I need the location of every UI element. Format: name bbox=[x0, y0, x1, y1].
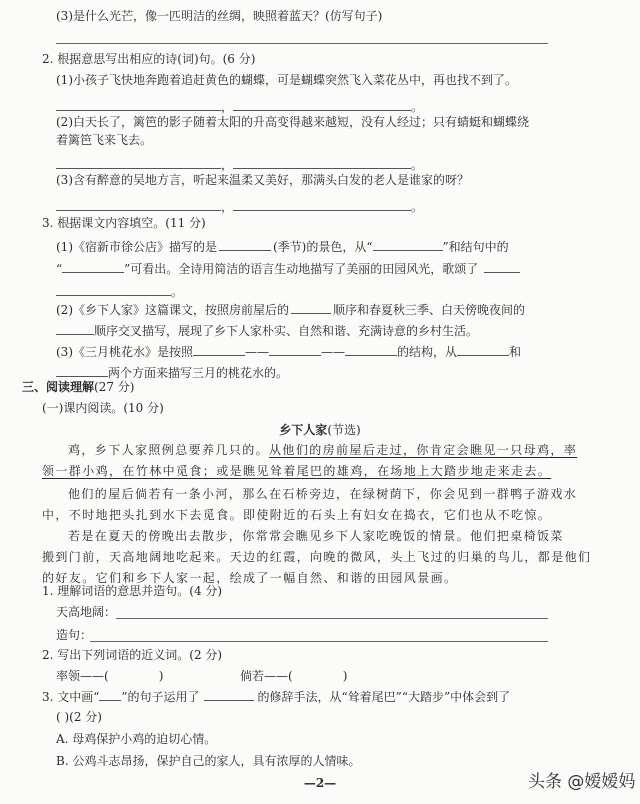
question-3-title: 3. 根据课文内容填空。(11 分) bbox=[42, 215, 206, 231]
blank[interactable] bbox=[56, 198, 221, 211]
sentence-label: 造句： bbox=[56, 627, 92, 643]
passage-para-1-line1: 鸡，乡下人家照例总要养几只的。从他们的房前屋后走过，你肯定会瞧见一只母鸡，率 bbox=[68, 442, 577, 458]
blank-quote[interactable] bbox=[373, 238, 443, 251]
underlined-sentence: 从他们的房前屋后走过，你肯定会瞧见一只母鸡，率 bbox=[269, 443, 577, 457]
question-3-2-line1: (2)《乡下人家》这篇课文，按照房前屋后的顺序和春夏秋三季、白天傍晚夜间的 bbox=[56, 301, 525, 318]
blank-order-2[interactable] bbox=[56, 322, 94, 335]
answer-2-1[interactable]: ，。 bbox=[56, 98, 423, 115]
reading-q2-title: 2. 写出下列词语的近义词。(2 分) bbox=[42, 647, 222, 663]
reading-q1-title: 1. 理解词语的意思并造句。(4 分) bbox=[42, 583, 222, 599]
blank[interactable] bbox=[233, 98, 411, 111]
question-3-1-line2: “”可看出。全诗用简洁的语言生动地描写了美丽的田园风光，歌颂了 bbox=[56, 260, 520, 277]
blank[interactable] bbox=[233, 198, 411, 211]
option-a[interactable]: A. 母鸡保护小鸡的迫切心情。 bbox=[56, 731, 216, 747]
blank[interactable] bbox=[233, 156, 411, 169]
blank[interactable] bbox=[56, 98, 221, 111]
blank-season[interactable] bbox=[219, 238, 271, 251]
answer-2-3[interactable]: ，。 bbox=[56, 198, 423, 215]
blank-quote-2[interactable] bbox=[62, 260, 124, 273]
synonym-2[interactable]: 倘若——() bbox=[240, 668, 347, 684]
passage-para-2-line2: 中，不时地把头扎到水下去觅食。即使附近的石头上有妇女在捣衣，它们也从不吃惊。 bbox=[42, 507, 551, 523]
blank-structure-1[interactable] bbox=[193, 343, 245, 356]
question-2-2-line1: (2)白天长了，篱笆的影子随着太阳的升高变得越来越短，没有人经过；只有蜻蜓和蝴蝶… bbox=[56, 114, 529, 130]
reading-q3-choice-paren[interactable]: ( )(2 分) bbox=[56, 709, 102, 725]
passage-title: 乡下人家(节选) bbox=[0, 422, 640, 438]
answer-line-1-3[interactable] bbox=[56, 43, 548, 44]
question-2-3-text: (3)含有醉意的吴地方言，听起来温柔又美好，那满头白发的老人是谁家的呀？ bbox=[56, 172, 469, 188]
watermark: 头条 @嫒嫒妈 bbox=[528, 771, 635, 793]
term-meaning-line[interactable] bbox=[116, 618, 548, 619]
blank[interactable] bbox=[56, 156, 221, 169]
blank-aspect-2[interactable] bbox=[56, 364, 108, 377]
reading-q3-line1: 3. 文中画“”的句子运用了的修辞手法，从“耸着尾巴”“大踏步”中体会到了 bbox=[42, 688, 510, 705]
term-label: 天高地阔： bbox=[56, 604, 116, 620]
blank-structure-2[interactable] bbox=[269, 343, 321, 356]
question-1-3-text: (3)是什么光芒，像一匹明洁的丝绸，映照着蓝天？(仿写句子) bbox=[56, 8, 382, 24]
question-2-1-text: (1)小孩子飞快地奔跑着追赶黄色的蝴蝶，可是蝴蝶突然飞入菜花丛中，再也找不到了。 bbox=[56, 72, 517, 88]
question-3-2-line2: 顺序交叉描写，展现了乡下人家朴实、自然和谐、充满诗意的乡村生活。 bbox=[56, 322, 478, 339]
answer-2-2[interactable]: ，。 bbox=[56, 156, 423, 173]
question-2-title: 2. 根据意思写出相应的诗(词)句。(6 分) bbox=[42, 51, 255, 67]
blank-mark[interactable] bbox=[99, 688, 121, 701]
blank-structure-3[interactable] bbox=[345, 343, 397, 356]
section-3-heading: 三、阅读理解(27 分) bbox=[22, 379, 134, 395]
question-2-2-line2: 着篱笆飞来飞去。 bbox=[56, 132, 152, 148]
passage-para-2-line1: 他们的屋后倘若有一条小河，那么在石桥旁边，在绿树荫下，你会见到一群鸭子游戏水 bbox=[68, 486, 577, 502]
passage-para-3-line2: 搬到门前，天高地阔地吃起来。天边的红霞，向晚的微风，头上飞过的归巢的鸟儿，都是他… bbox=[42, 549, 591, 565]
blank-order-1[interactable] bbox=[291, 301, 331, 314]
sentence-line[interactable] bbox=[90, 641, 548, 642]
question-3-1-line3: 。 bbox=[56, 283, 183, 300]
question-3-3-line1: (3)《三月桃花水》是按照————的结构，从和 bbox=[56, 343, 521, 360]
subsection-1-heading: (一)课内阅读。(10 分) bbox=[42, 400, 164, 416]
blank-aspect-1[interactable] bbox=[457, 343, 509, 356]
option-b[interactable]: B. 公鸡斗志昂扬，保护自己的家人，具有浓厚的人情味。 bbox=[56, 753, 360, 769]
passage-para-3-line1: 若是在夏天的傍晚出去散步，你常常会瞧见乡下人家吃晚饭的情景。他们把桌椅饭菜 bbox=[68, 528, 564, 544]
question-3-1-line1: (1)《宿新市徐公店》描写的是(季节)的景色，从“”和结句中的 bbox=[56, 238, 509, 255]
synonym-1[interactable]: 率领——() bbox=[56, 668, 163, 684]
passage-para-1-line2: 领一群小鸡，在竹林中觅食；或是瞧见耸着尾巴的雄鸡，在场地上大踏步地走来走去。 bbox=[42, 463, 551, 479]
blank-rhetoric[interactable] bbox=[204, 688, 254, 701]
blank-praise[interactable] bbox=[484, 260, 520, 273]
blank-praise-cont[interactable] bbox=[56, 283, 171, 296]
